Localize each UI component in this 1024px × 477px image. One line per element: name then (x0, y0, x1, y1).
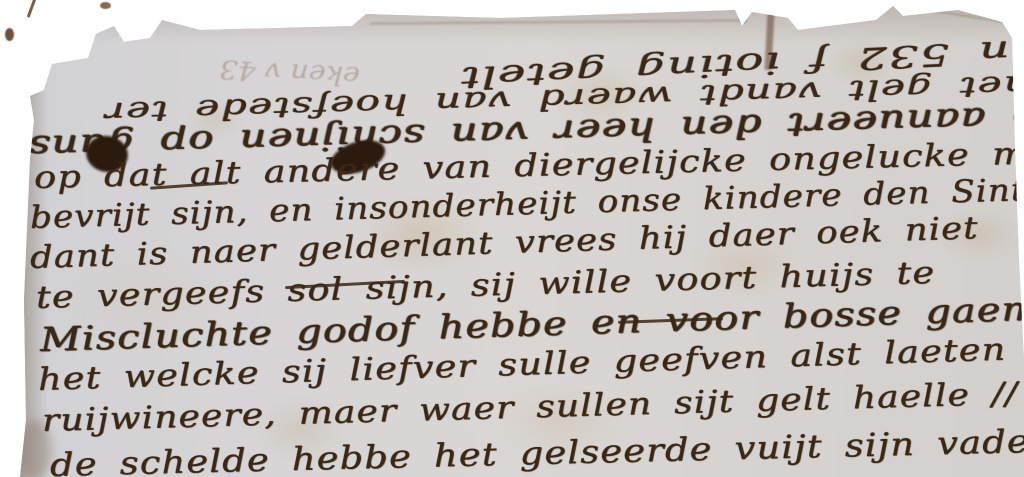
ink-blot (740, 12, 746, 23)
paper-fiber (27, 0, 37, 18)
paper-speck (5, 28, 14, 41)
paper-speck (100, 2, 111, 9)
torn-edge-shadow (28, 6, 1013, 44)
scanned-letter: eken v 43 hem van 532 f ioting getelt pu… (0, 0, 1024, 477)
manuscript-page: eken v 43 hem van 532 f ioting getelt pu… (0, 0, 1024, 477)
